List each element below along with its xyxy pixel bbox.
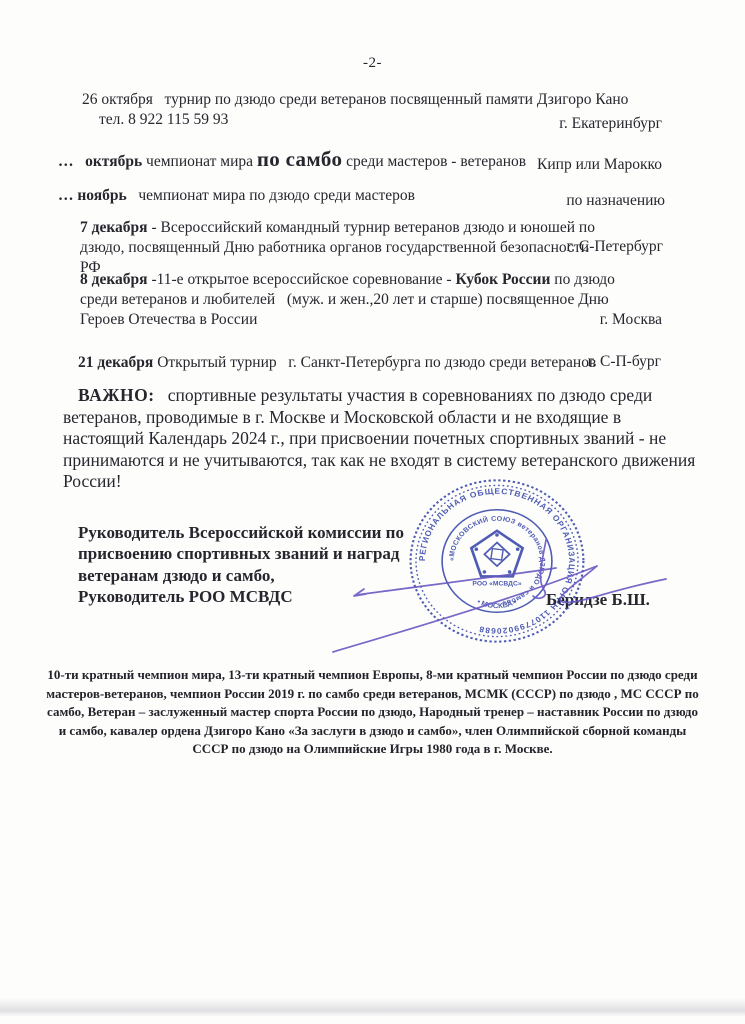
important-label: ВАЖНО: <box>78 385 155 405</box>
stamp-outer-dotted-ring <box>411 480 584 641</box>
important-notice: ВАЖНО: спортивные результаты участия в с… <box>63 385 703 493</box>
event-text: чемпионат мира по дзюдо среди мастеров <box>127 187 415 204</box>
event-date: ноябрь <box>74 187 127 204</box>
event-text: Открытый турнир г. Санкт-Петербурга по д… <box>153 354 596 371</box>
event-text: - Всероссийский командный турнир ветеран… <box>80 219 599 276</box>
stamp-outer-dotted-ring-2 <box>416 485 578 636</box>
stamp-dot <box>508 570 512 573</box>
event-november-judo: … ноябрь чемпионат мира по дзюдо среди м… <box>58 186 558 206</box>
event-8-december: 8 декабря -11-е открытое всероссийское с… <box>80 270 638 330</box>
event-emphasis: по самбо <box>257 147 342 171</box>
svg-text:«МОСКОВСКИЙ СОЮЗ ветеранов: «МОСКОВСКИЙ СОЮЗ ветеранов ДЗЮДО и самбо… <box>449 515 546 606</box>
event-prefix: … <box>58 153 74 170</box>
event-location: г. С-П-бург <box>588 353 661 371</box>
stamp-inner-text: «МОСКОВСКИЙ СОЮЗ ветеранов ДЗЮДО и самбо… <box>449 515 546 606</box>
stamp-dot <box>495 533 499 536</box>
event-date: 26 октября <box>82 91 153 108</box>
signature-title-line: Руководитель РОО МСВДС <box>78 586 404 607</box>
footer-biography: 10-ти кратный чемпион мира, 13-ти кратны… <box>45 666 700 759</box>
event-date: 8 декабря <box>80 271 148 288</box>
event-text: среди мастеров - ветеранов <box>342 153 526 170</box>
stamp-dot <box>516 548 520 551</box>
stamp-dot <box>475 548 479 551</box>
event-21-december: 21 декабря Открытый турнир г. Санкт-Пете… <box>78 353 638 373</box>
stamp-inner-square <box>491 549 503 560</box>
event-prefix: … <box>58 187 74 204</box>
page-number: -2- <box>0 55 745 72</box>
stamp-bottom-text: • МОСКВА • <box>476 597 519 610</box>
scanned-document-page: { "page": { "number": "-2-" }, "events":… <box>0 0 745 1024</box>
event-location: г. Екатеринбург <box>559 115 662 133</box>
event-date: 21 декабря <box>78 354 153 371</box>
event-7-december: 7 декабря - Всероссийский командный турн… <box>80 218 602 278</box>
event-location: Кипр или Марокко <box>537 156 662 174</box>
important-text: спортивные результаты участия в соревнов… <box>63 385 700 491</box>
svg-text:• МОСКВА •: • МОСКВА • <box>476 597 519 610</box>
stamp-inner-diamond <box>484 543 509 567</box>
event-title: турнир по дзюдо среди ветеранов посвящен… <box>153 91 628 108</box>
signature-title-line: ветеранам дзюдо и самбо, <box>78 565 404 586</box>
stamp-dot <box>483 570 487 573</box>
stamp-pentagon <box>471 531 522 577</box>
event-date: октябрь <box>74 153 143 170</box>
stamp-center-label: РОО «МСВДС» <box>472 581 522 588</box>
event-location: г. Москва <box>600 311 662 329</box>
signature-title-block: Руководитель Всероссийской комиссии по п… <box>78 522 404 607</box>
event-date: 7 декабря <box>80 219 148 236</box>
event-location: г. С-Петербург <box>567 238 664 256</box>
event-emphasis: Кубок России <box>455 271 550 288</box>
scan-bottom-shadow <box>0 998 745 1016</box>
event-text: -11-е открытое всероссийское соревновани… <box>148 271 456 288</box>
event-location: по назначению <box>566 192 665 210</box>
stamp-inner-circle <box>442 510 552 612</box>
event-text: чемпионат мира <box>142 153 257 170</box>
signature-title-line: Руководитель Всероссийской комиссии по <box>78 522 404 543</box>
event-october-sambo: … октябрь чемпионат мира по самбо среди … <box>58 149 558 172</box>
signature-title-line: присвоению спортивных званий и наград <box>78 543 404 564</box>
organization-stamp: РЕГИОНАЛЬНАЯ ОБЩЕСТВЕННАЯ ОРГАНИЗАЦИЯ ОГ… <box>407 477 587 645</box>
